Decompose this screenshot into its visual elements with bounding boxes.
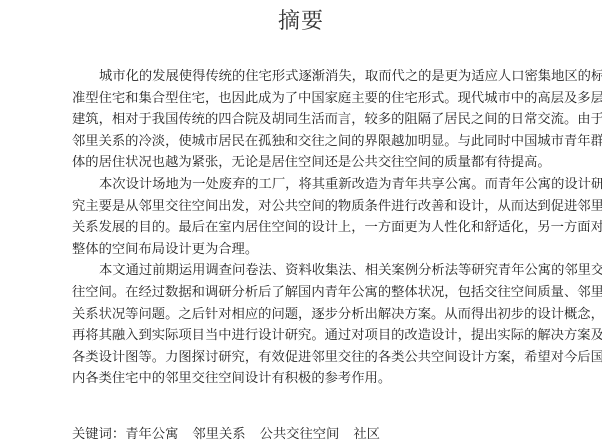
text-line: 关系发展的目的。最后在室内居住空间的设计上，一方面更为人性化和舒适化，另一方面对 — [72, 217, 524, 239]
text-line: 准型住宅和集合型住宅，也因此成为了中国家庭主要的住宅形式。现代城市中的高层及多层 — [72, 88, 524, 110]
abstract-body: 城市化的发展使得传统的住宅形式逐渐消失，取而代之的是更为适应人口密集地区的标 准… — [72, 66, 524, 390]
text-line: 各类设计图等。力图探讨研究，有效促进邻里交往的各类公共空间设计方案，希望对今后国 — [72, 347, 524, 369]
text-line: 城市化的发展使得传统的住宅形式逐渐消失，取而代之的是更为适应人口密集地区的标 — [72, 66, 524, 88]
keyword: 公共交往空间 — [260, 427, 340, 442]
text-line: 邻里关系的冷淡，使城市居民在孤独和交往之间的界限越加明显。与此同时中国城市青年群 — [72, 131, 524, 153]
text-line: 内各类住宅中的邻里交往空间设计有积极的参考作用。 — [72, 368, 524, 390]
text-line: 建筑，相对于我国传统的四合院及胡同生活而言，较多的阻隔了居民之间的日常交流。由于 — [72, 109, 524, 131]
keyword: 邻里关系 — [192, 427, 245, 442]
text-line: 本次设计场地为一处废弃的工厂，将其重新改造为青年共享公寓。而青年公寓的设计研 — [72, 174, 524, 196]
text-line: 再将其融入到实际项目当中进行设计研究。通过对项目的改造设计，提出实际的解决方案及 — [72, 325, 524, 347]
text-line: 体的居住状况也越为紧张，无论是居住空间还是公共交往空间的质量都有待提高。 — [72, 152, 524, 174]
abstract-title: 摘要 — [0, 4, 602, 35]
keywords-label: 关键词： — [72, 427, 125, 442]
keywords: 关键词：青年公寓邻里关系公共交往空间社区 — [72, 423, 394, 442]
text-line: 往空间。在经过数据和调研分析后了解国内青年公寓的整体状况，包括交往空间质量、邻里 — [72, 282, 524, 304]
text-line: 本文通过前期运用调查问卷法、资料收集法、相关案例分析法等研究青年公寓的邻里交 — [72, 260, 524, 282]
keyword: 社区 — [353, 427, 380, 442]
text-line: 关系状况等问题。之后针对相应的问题，逐步分析出解决方案。从而得出初步的设计概念， — [72, 304, 524, 326]
text-line: 究主要是从邻里交往空间出发，对公共空间的物质条件进行改善和设计，从而达到促进邻里 — [72, 196, 524, 218]
text-line: 整体的空间布局设计更为合理。 — [72, 239, 524, 261]
keyword: 青年公寓 — [125, 427, 178, 442]
